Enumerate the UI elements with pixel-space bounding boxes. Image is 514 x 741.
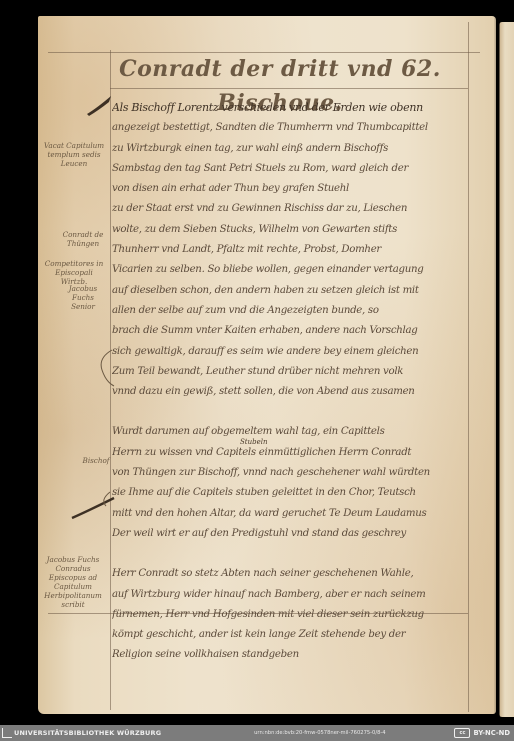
- gutter-shadow: [494, 16, 500, 716]
- margin-note: Vacat Capitulum templum sedis Leucen: [42, 141, 106, 168]
- text-line: kömpt geschicht, ander ist kein lange Ze…: [112, 625, 466, 645]
- text-line: Zum Teil bewandt, Leuther stund drüber n…: [112, 362, 466, 382]
- image-viewer[interactable]: Conradt der dritt vnd 62. Bischoue. Als …: [0, 0, 514, 725]
- text-line: Herr Conradt so stetz Abten nach seiner …: [112, 564, 466, 584]
- text-line: vnnd dazu ein gewiß, stett sollen, die v…: [112, 382, 466, 402]
- library-logo-icon: [2, 728, 12, 738]
- text-line: Herrn zu wissen vnd Capitels einmüttigli…: [112, 443, 466, 463]
- text-line: von Thüngen zur Bischoff, vnnd nach gesc…: [112, 463, 466, 483]
- chapter-heading: Conradt der dritt vnd 62. Bischoue.: [100, 52, 460, 86]
- paragraph-flourish-icon: [96, 348, 116, 388]
- text-line: auf Wirtzburg wider hinauf nach Bamberg,…: [112, 585, 466, 605]
- initial-flourish-icon: [85, 94, 113, 118]
- margin-note: Jacobus Fuchs Conradus Episcopus ad Capi…: [40, 555, 106, 609]
- text-line: Sambstag den tag Sant Petri Stuels zu Ro…: [112, 159, 466, 179]
- margin-note: Jacobus Fuchs Senior: [60, 284, 106, 311]
- creative-commons-icon: cc: [454, 728, 470, 738]
- text-line: sich gewaltigk, darauff es seim wie ande…: [112, 342, 466, 362]
- urn-identifier: urn:nbn:de:bvb:20-fmw-0578ner-mil-760275…: [254, 730, 385, 736]
- text-line: wolte, zu dem Sieben Stucks, Wilhelm von…: [112, 220, 466, 240]
- text-line: Thunherr vnd Landt, Pfaltz mit rechte, P…: [112, 240, 466, 260]
- next-page-edge: [499, 22, 514, 717]
- footer-bar: UNIVERSITÄTSBIBLIOTHEK WÜRZBURG urn:nbn:…: [0, 725, 514, 741]
- text-line: fürnemen, Herr vnd Hofgesinden mit viel …: [112, 605, 466, 625]
- institution-brand[interactable]: UNIVERSITÄTSBIBLIOTHEK WÜRZBURG: [2, 728, 161, 738]
- text-line: Wurdt darumen auf obgemeltem wahl tag, e…: [112, 422, 466, 442]
- license-badge[interactable]: cc BY-NC-ND: [454, 728, 510, 738]
- text-line: allen der selbe auf zum vnd die Angezeig…: [112, 301, 466, 321]
- text-line: sie Ihme auf die Capitels stuben geleitt…: [112, 483, 466, 503]
- paragraph-flourish-icon: [70, 490, 116, 520]
- margin-note: Conradt de Thüngen: [60, 230, 106, 248]
- margin-note: Competitores in Episcopali Wirtzb.: [42, 259, 106, 286]
- license-label: BY-NC-ND: [473, 729, 510, 737]
- text-line: Vicarien zu selben. So bliebe wollen, ge…: [112, 260, 466, 280]
- text-line: von disen ain erhat ader Thun bey grafen…: [112, 179, 466, 199]
- text-line: zu der Staat erst vnd zu Gewinnen Rischi…: [112, 199, 466, 219]
- paragraph-gap: [112, 544, 466, 564]
- margin-rule-right: [468, 22, 469, 712]
- text-line: angezeigt bestettigt, Sandten die Thumhe…: [112, 118, 466, 138]
- margin-note: Bischof: [82, 456, 110, 465]
- interlinear-note: Stubeln: [240, 438, 268, 446]
- text-line: auf dieselben schon, den andern haben zu…: [112, 281, 466, 301]
- text-line: Der weil wirt er auf den Predigstuhl vnd…: [112, 524, 466, 544]
- text-line: Religion seine vollkhaisen standgeben: [112, 645, 466, 665]
- paragraph-gap: [112, 402, 466, 422]
- text-line: zu Wirtzburgk einen tag, zur wahl einß a…: [112, 139, 466, 159]
- text-line: Als Bischoff Lorentz verschieden vnd der…: [112, 98, 466, 118]
- text-line: mitt vnd den hohen Altar, da ward geruch…: [112, 504, 466, 524]
- institution-name: UNIVERSITÄTSBIBLIOTHEK WÜRZBURG: [14, 729, 161, 737]
- text-line: brach die Summ vnter Kaiten erhaben, and…: [112, 321, 466, 341]
- manuscript-body: Als Bischoff Lorentz verschieden vnd der…: [112, 98, 466, 666]
